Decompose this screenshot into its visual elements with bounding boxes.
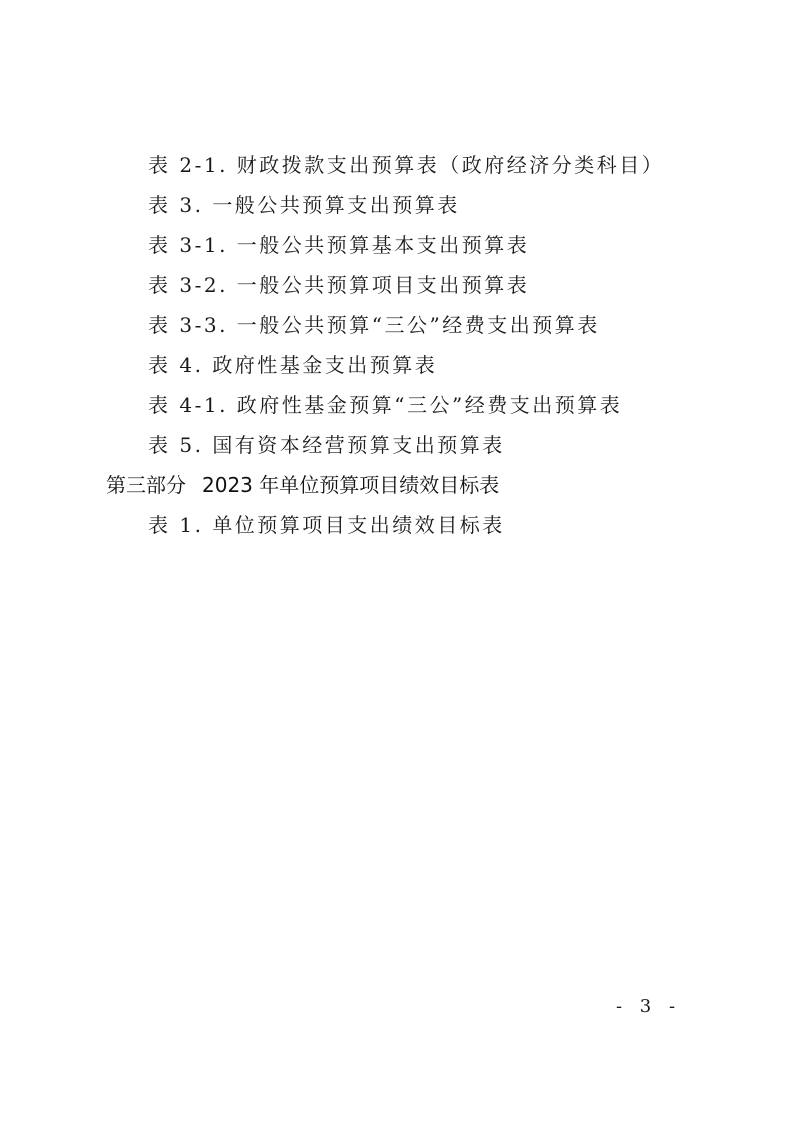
toc-item-label: 表 3-2.	[148, 273, 228, 297]
toc-item-label: 表 3-1.	[148, 233, 228, 257]
toc-item-label: 表 4-1.	[148, 393, 228, 417]
toc-item-title: 单位预算项目支出绩效目标表	[212, 513, 505, 537]
toc-item-label: 表 1.	[148, 513, 203, 537]
toc-item: 表 1. 单位预算项目支出绩效目标表	[148, 513, 505, 537]
toc-item-label: 表 3.	[148, 193, 203, 217]
toc-item-title: 一般公共预算“三公”经费支出预算表	[237, 313, 600, 337]
toc-item-title: 财政拨款支出预算表（政府经济分类科目）	[237, 153, 665, 177]
toc-item-title: 政府性基金支出预算表	[212, 353, 437, 377]
toc-item-label: 表 3-3.	[148, 313, 228, 337]
page-number: - 3 -	[616, 996, 681, 1018]
toc-item: 表 3-3. 一般公共预算“三公”经费支出预算表	[148, 313, 600, 337]
toc-item-title: 政府性基金预算“三公”经费支出预算表	[237, 393, 622, 417]
toc-item-title: 一般公共预算基本支出预算表	[237, 233, 530, 257]
toc-item: 表 3-2. 一般公共预算项目支出预算表	[148, 273, 529, 297]
toc-item-label: 表 5.	[148, 433, 203, 457]
toc-item: 表 3. 一般公共预算支出预算表	[148, 193, 460, 217]
section-heading: 第三部分2023 年单位预算项目绩效目标表	[106, 473, 499, 497]
section-part: 第三部分	[106, 473, 186, 497]
toc-item-title: 一般公共预算支出预算表	[212, 193, 460, 217]
toc-item: 表 4-1. 政府性基金预算“三公”经费支出预算表	[148, 393, 622, 417]
toc-item-label: 表 4.	[148, 353, 203, 377]
toc-item-title: 国有资本经营预算支出预算表	[212, 433, 505, 457]
toc-item: 表 2-1. 财政拨款支出预算表（政府经济分类科目）	[148, 153, 664, 177]
section-title: 2023 年单位预算项目绩效目标表	[202, 473, 499, 497]
toc-item: 表 5. 国有资本经营预算支出预算表	[148, 433, 505, 457]
toc-item-label: 表 2-1.	[148, 153, 228, 177]
toc-item: 表 3-1. 一般公共预算基本支出预算表	[148, 233, 529, 257]
toc-item-title: 一般公共预算项目支出预算表	[237, 273, 530, 297]
toc-item: 表 4. 政府性基金支出预算表	[148, 353, 437, 377]
